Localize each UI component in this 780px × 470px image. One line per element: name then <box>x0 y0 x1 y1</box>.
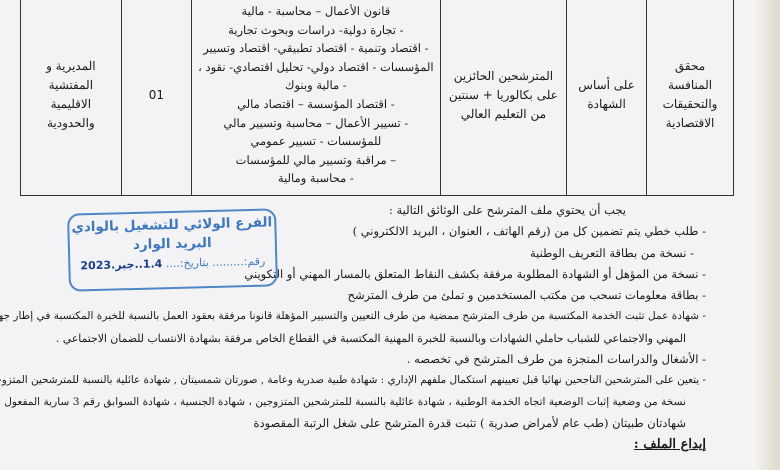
stamp-date-label: بتاريخ:.... <box>166 256 209 270</box>
document-item: نسخة من وضعية إثبات الوضعية اتجاه الخدمة… <box>6 392 706 413</box>
stamp-date-value: 1.4..جبر.2023 <box>80 257 162 272</box>
specialty-line: - محاسبة ومالية <box>198 169 433 188</box>
table-row: محقق المنافسة والتحقيقات الاقتصادية على … <box>21 0 734 196</box>
specialty-line: - تجارة دولية- دراسات وبحوث تجارية <box>198 21 433 40</box>
positions-count-cell: 01 <box>121 0 191 196</box>
incoming-mail-stamp: الفرع الولائي للتشغيل بالوادي البريد الو… <box>67 208 278 291</box>
document-item: المهني والاجتماعي للشباب حاملي الشهادات … <box>6 328 706 349</box>
specialty-line: - اقتصاد وتنمية - اقتصاد تطبيقي- اقتصاد … <box>198 39 433 58</box>
specialty-line: – مراقبة وتسيير مالي للمؤسسات <box>198 151 433 170</box>
directorate-cell: المديرية و المفتشية الاقليمية والحدودية <box>21 0 122 196</box>
document-item: - شهادة عمل تثبت الخدمة المكتسبة من طرف … <box>6 306 706 327</box>
job-offers-table: محقق المنافسة والتحقيقات الاقتصادية على … <box>20 0 734 196</box>
conditions-cell: المترشحين الحائزين على بكالوريا + سنتين … <box>440 0 567 196</box>
document-item: - يتعين على المترشحين الناجحين نهائيا قب… <box>6 370 706 391</box>
page-edge <box>752 0 780 470</box>
specialty-line: قانون الأعمال – محاسبة - مالية <box>198 2 433 21</box>
specialty-line: المؤسسات - اقتصاد دولي- تحليل اقتصادي- ن… <box>198 58 433 77</box>
specialty-line: - تسيير الأعمال – محاسبة وتسيير مالي <box>198 114 433 133</box>
stamp-number-date: رقم:......... بتاريخ:.... 1.4..جبر.2023 <box>70 251 275 276</box>
document-item: شهادتان طبيتان (طب عام لأمراض صدرية ) تث… <box>6 413 706 434</box>
specialty-line: - مالية وبنوك <box>198 76 433 95</box>
specialty-line: - اقتصاد المؤسسة – اقتصاد مالي <box>198 95 433 114</box>
document-page: محقق المنافسة والتحقيقات الاقتصادية على … <box>0 0 752 470</box>
specialties-cell: قانون الأعمال – محاسبة - مالية - تجارة د… <box>192 0 440 196</box>
deposit-heading: إيداع الملف : <box>6 434 706 455</box>
specialty-line: للمؤسسات - تسيير عمومي <box>198 132 433 151</box>
rank-cell: محقق المنافسة والتحقيقات الاقتصادية <box>647 0 734 196</box>
stamp-number-label: رقم:......... <box>212 255 265 269</box>
document-item: - الأشغال والدراسات المنجزة من طرف المتر… <box>6 349 706 370</box>
recruitment-mode-cell: على أساس الشهادة <box>567 0 647 196</box>
